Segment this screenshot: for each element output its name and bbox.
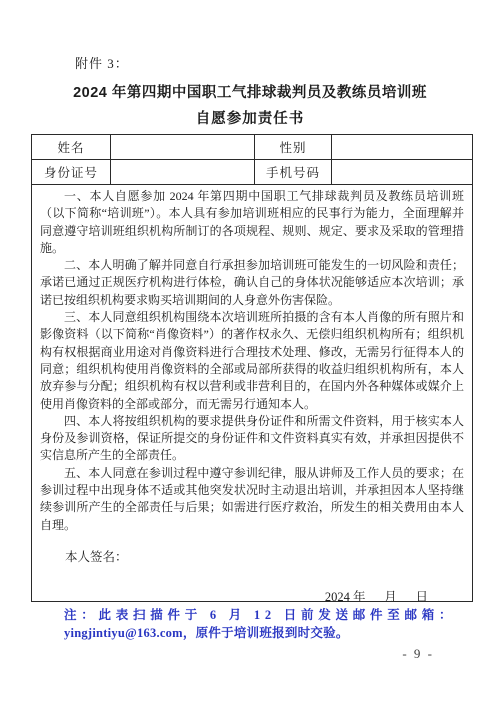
note-block: 注：此表扫描件于 6 月 12 日前发送邮件至邮箱： yingjintiyu@1… [64,606,472,642]
table-row: 姓名 性别 [32,135,472,160]
note-line-2: yingjintiyu@163.com，原件于培训班报到时交验。 [64,624,472,642]
name-label: 姓名 [32,135,111,160]
note-line-1: 注：此表扫描件于 6 月 12 日前发送邮件至邮箱： [64,606,472,624]
document-page: 附件 3： 2024 年第四期中国职工气排球裁判员及教练员培训班 自愿参加责任书… [0,0,500,706]
attachment-label: 附件 3： [75,0,500,72]
name-value-cell [111,135,255,160]
document-subtitle: 自愿参加责任书 [0,107,500,128]
page-number: - 9 - [402,646,434,662]
clause-3: 三、本人同意组织机构围绕本次培训班所拍摄的含有本人肖像的所有照片和影像资料（以下… [40,309,464,413]
phone-value-cell [332,160,473,185]
clause-2: 二、本人明确了解并同意自行承担参加培训班可能发生的一切风险和责任；承诺已通过正规… [40,257,464,309]
applicant-info-table: 姓名 性别 身份证号 手机号码 [32,135,472,185]
date-line: 2024 年 月 日 [32,587,428,602]
document-title: 2024 年第四期中国职工气排球裁判员及教练员培训班 [0,81,500,102]
gender-label: 性别 [255,135,332,160]
clause-1: 一、本人自愿参加 2024 年第四期中国职工气排球裁判员及教练员培训班（以下简称… [40,188,464,257]
id-number-label: 身份证号 [32,160,111,185]
gender-value-cell [332,135,473,160]
clauses-section: 一、本人自愿参加 2024 年第四期中国职工气排球裁判员及教练员培训班（以下简称… [32,185,472,534]
clause-5: 五、本人同意在参训过程中遵守参训纪律，服从讲师及工作人员的要求；在参训过程中出现… [40,465,464,534]
id-number-value-cell [111,160,255,185]
signature-label: 本人签名： [40,547,464,565]
clause-4: 四、本人将按组织机构的要求提供身份证件和所需文件资料，用于核实本人身份及参训资格… [40,413,464,465]
responsibility-form-box: 姓名 性别 身份证号 手机号码 一、本人自愿参加 2024 年第四期中国职工气排… [31,134,473,602]
table-row: 身份证号 手机号码 [32,160,472,185]
phone-label: 手机号码 [255,160,332,185]
